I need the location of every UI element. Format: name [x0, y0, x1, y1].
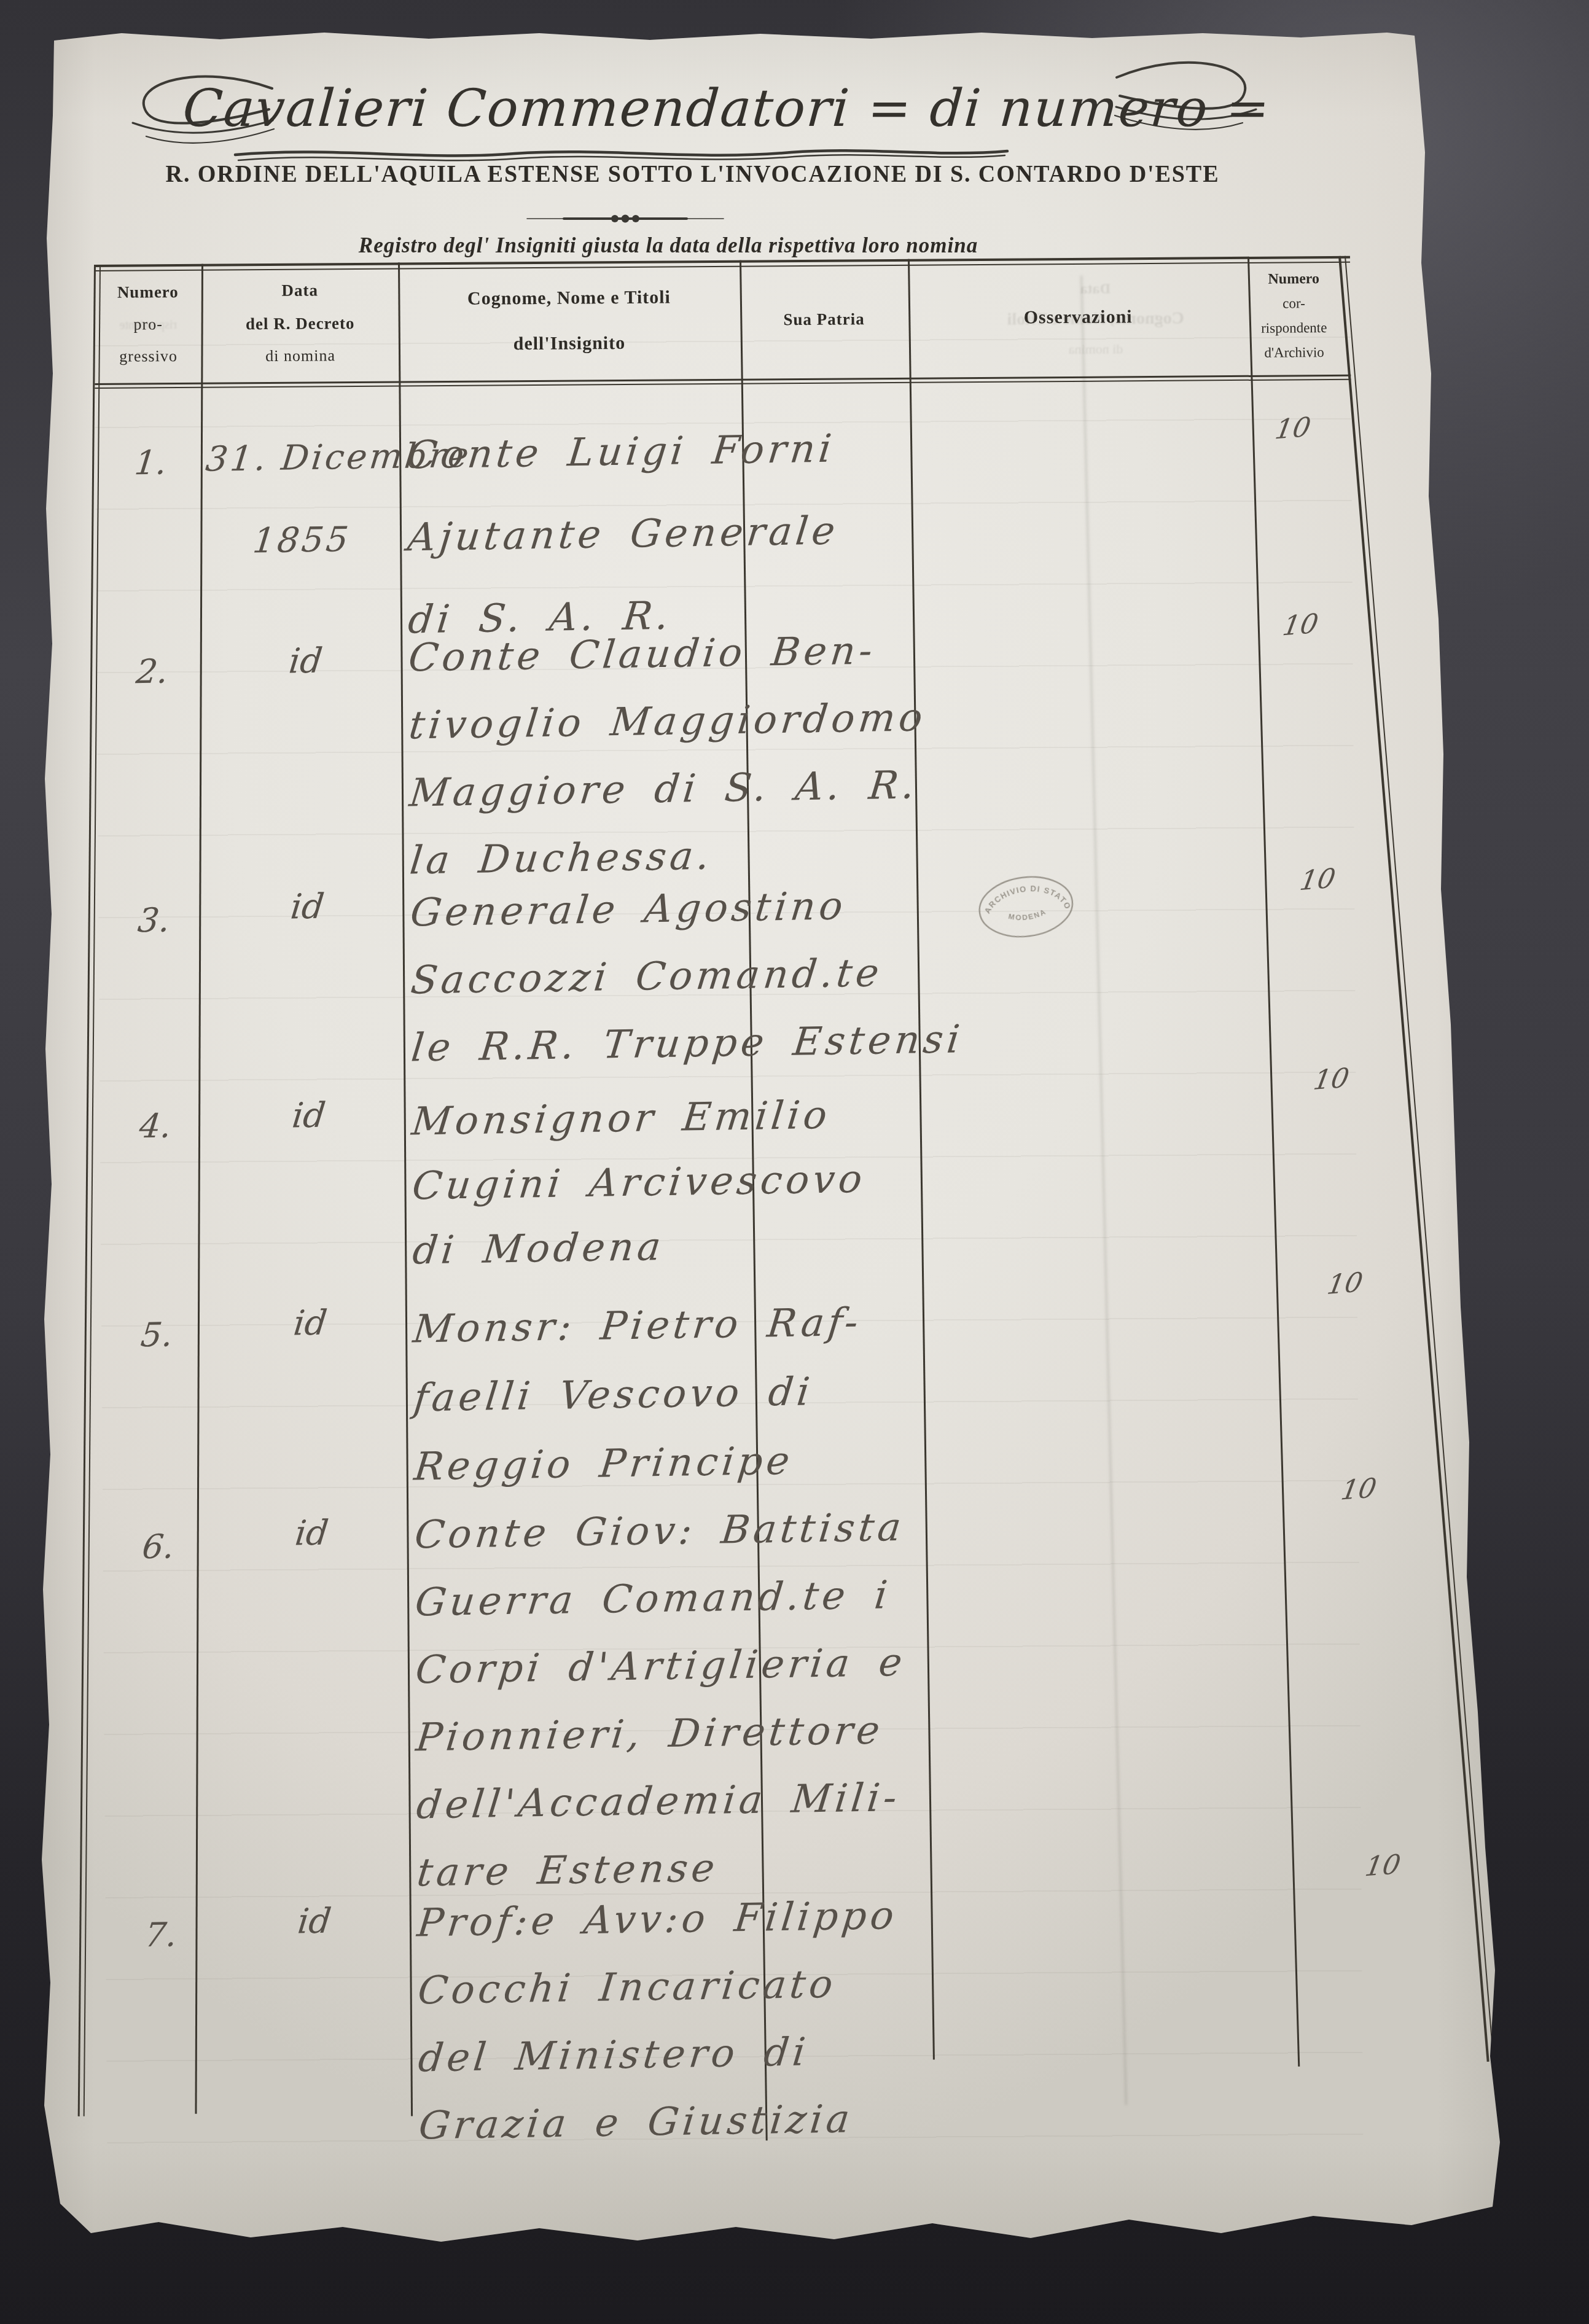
row-archive-number: 10: [1317, 1462, 1400, 1517]
table-rule: [78, 265, 96, 2116]
row-name: Monsignor Emilio Cugini Arcivescovo di M…: [412, 1085, 1088, 1283]
header-line: d'Archivio: [1264, 340, 1324, 365]
name-line: Maggiore di S. A. R.: [406, 749, 1090, 827]
name-line: faelli Vescovo di: [410, 1353, 1094, 1432]
row-date: id: [267, 879, 347, 935]
name-line: Reggio Principe: [411, 1422, 1095, 1501]
bleedthrough-ghost-text: Data Cognome, Nome e Titoli di nomina: [923, 274, 1268, 365]
name-line: Monsignor Emilio: [408, 1078, 1091, 1153]
name-line: Corpi d'Artiglieria e: [412, 1626, 1096, 1704]
table-rule: [1247, 257, 1300, 2067]
name-line: Ajutante Generale: [404, 486, 1088, 579]
name-line: Cugini Arcivescovo: [409, 1143, 1092, 1218]
row-name: Conte Giov: Battista Guerra Comand.te i …: [415, 1497, 1093, 1907]
date-line: 31. Dicembre: [201, 416, 401, 501]
header-line: Numero: [1268, 267, 1319, 292]
row-date: id: [270, 1295, 350, 1352]
row-date: id: [269, 1088, 349, 1144]
header-line: gressivo: [119, 340, 178, 373]
name-line: Prof:e Avv:o Filippo: [414, 1879, 1098, 1957]
register-caption: Registro degl' Insigniti giusta la data …: [220, 233, 1117, 258]
document-paper-sheet: Cavalieri Commendatori = di numero = R. …: [36, 29, 1510, 2253]
header-line: di nomina: [265, 340, 335, 372]
name-line: Conte Claudio Ben-: [405, 614, 1089, 692]
row-name: Monsr: Pietro Raf- faelli Vescovo di Reg…: [413, 1290, 1090, 1502]
name-line: di Modena: [410, 1207, 1093, 1282]
header-line: Numero: [117, 275, 179, 309]
row-date: id: [272, 1505, 352, 1562]
divider-ornament-icon: [527, 210, 724, 227]
table-rule: [1345, 256, 1494, 2062]
row-name: Conte Claudio Ben- tivoglio Maggiordomo …: [408, 620, 1086, 895]
row-archive-number: 10: [1259, 598, 1341, 653]
row-number: 4.: [115, 1098, 195, 1155]
name-line: Conte Luigi Forni: [403, 404, 1088, 496]
row-date: id: [275, 1893, 354, 1950]
table-rule: [195, 264, 203, 2114]
header-data-decreto: Data del R. Decreto di nomina: [201, 263, 399, 383]
header-line: del R. Decreto: [246, 306, 355, 340]
name-line: le R.R. Truppe Estensi: [408, 1004, 1091, 1082]
row-number: 5.: [117, 1307, 197, 1363]
row-archive-number: 10: [1290, 1052, 1373, 1107]
row-number: 6.: [119, 1519, 198, 1575]
header-line: rispondente: [1261, 315, 1327, 340]
row-archive-number: 10: [1276, 853, 1359, 908]
header-line: cor-: [1283, 291, 1305, 316]
row-name: Prof:e Avv:o Filippo Cocchi Incaricato d…: [417, 1885, 1095, 2160]
name-line: Grazia e Giustizia: [415, 2081, 1099, 2159]
name-line: Guerra Comand.te i: [412, 1558, 1095, 1636]
row-archive-number: 10: [1341, 1839, 1424, 1893]
header-sua-patria: Sua Patria: [740, 259, 908, 379]
table-rule: [1338, 256, 1489, 2062]
row-date: id: [266, 633, 346, 690]
page-title-script: Cavalieri Commendatori = di numero =: [180, 65, 1144, 151]
header-line: Data: [281, 273, 318, 306]
photo-of-registry-page: { "colors":{ "backdrop":"#3f3e44","paper…: [0, 0, 1589, 2324]
name-line: dell'Accademia Mili-: [413, 1761, 1097, 1839]
header-line: dell'Insignito: [513, 320, 625, 366]
date-line: 1855: [202, 498, 402, 583]
row-number: 3.: [114, 892, 194, 949]
header-line: Cognome, Nome e Titoli: [467, 275, 671, 321]
name-line: Saccozzi Comand.te: [407, 936, 1091, 1014]
row-number: 7.: [121, 1907, 201, 1963]
ghost-line: di nomina: [924, 334, 1268, 365]
name-line: Generale Agostino: [407, 868, 1090, 946]
header-line: Sua Patria: [783, 302, 865, 336]
row-number: 1.: [111, 435, 190, 491]
name-line: Pionnieri, Direttore: [413, 1693, 1096, 1771]
name-line: Conte Giov: Battista: [412, 1491, 1095, 1569]
name-line: tivoglio Maggiordomo: [405, 681, 1089, 759]
ghost-line: Data: [923, 274, 1267, 305]
ghost-line: Cognome, Nome e Titoli: [923, 302, 1267, 337]
row-date: 31. Dicembre 1855: [206, 418, 397, 583]
row-number: 2.: [112, 644, 192, 700]
order-title: R. ORDINE DELL'AQUILA ESTENSE SOTTO L'IN…: [166, 158, 1171, 188]
registry-table: Numero pro- gressivo Data del R. Decreto…: [94, 256, 1364, 2178]
ghost-line: rispondente: [98, 318, 199, 333]
row-name: Generale Agostino Saccozzi Comand.te le …: [410, 875, 1087, 1082]
name-line: Cocchi Incaricato: [415, 1946, 1098, 2024]
name-line: Monsr: Pietro Raf-: [410, 1284, 1093, 1363]
row-archive-number: 10: [1251, 402, 1334, 456]
name-line: del Ministero di: [415, 2014, 1099, 2092]
bleedthrough-ghost-text: rispondente: [98, 318, 199, 333]
header-cognome-titoli: Cognome, Nome e Titoli dell'Insignito: [398, 260, 740, 381]
row-archive-number: 10: [1303, 1257, 1386, 1311]
